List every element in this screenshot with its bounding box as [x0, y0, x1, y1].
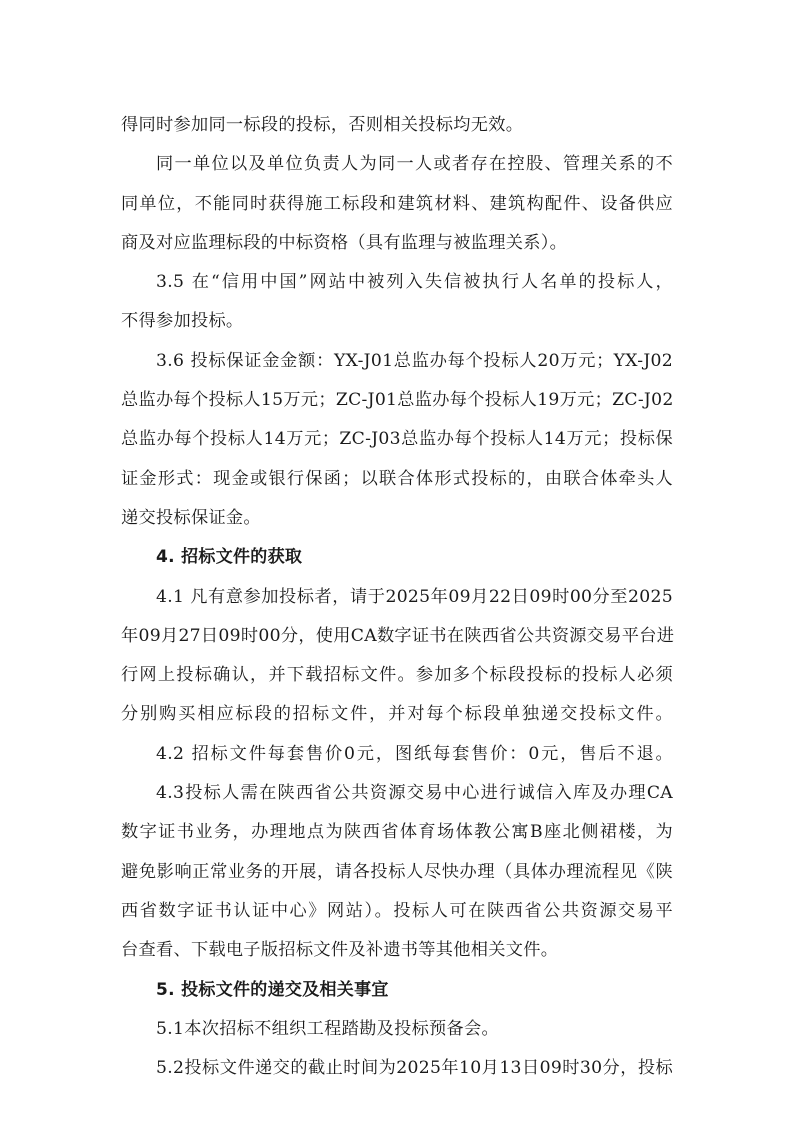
- paragraph-line: 同单位，不能同时获得施工标段和建筑材料、建筑构配件、设备供应: [121, 185, 673, 224]
- paragraph-line: 同一单位以及单位负责人为同一人或者存在控股、管理关系的不: [121, 145, 673, 184]
- paragraph-line: 3.6 投标保证金金额：YX-J01总监办每个投标人20万元；YX-J02: [121, 342, 673, 381]
- paragraph-line: 西省数字证书认证中心》网站）。投标人可在陕西省公共资源交易平: [121, 892, 673, 931]
- section-heading: 5. 投标文件的递交及相关事宜: [121, 971, 673, 1010]
- paragraph-line: 台查看、下载电子版招标文件及补遗书等其他相关文件。: [121, 931, 673, 970]
- paragraph-line: 总监办每个投标人14万元；ZC-J03总监办每个投标人14万元；投标保: [121, 420, 673, 459]
- paragraph-line: 3.5 在“信用中国”网站中被列入失信被执行人名单的投标人，: [121, 263, 673, 302]
- paragraph-line: 数字证书业务，办理地点为陕西省体育场体教公寓B座北侧裙楼，为: [121, 813, 673, 852]
- paragraph-line: 不得参加投标。: [121, 302, 673, 341]
- paragraph-line: 行网上投标确认，并下载招标文件。参加多个标段投标的投标人必须: [121, 656, 673, 695]
- section-heading: 4. 招标文件的获取: [121, 538, 673, 577]
- paragraph-line: 商及对应监理标段的中标资格（具有监理与被监理关系）。: [121, 224, 673, 263]
- paragraph-line: 递交投标保证金。: [121, 499, 673, 538]
- paragraph-line: 证金形式：现金或银行保函；以联合体形式投标的，由联合体牵头人: [121, 460, 673, 499]
- paragraph-line: 4.1 凡有意参加投标者，请于2025年09月22日09时00分至2025: [121, 578, 673, 617]
- paragraph-line: 5.2投标文件递交的截止时间为2025年10月13日09时30分，投标: [121, 1049, 673, 1088]
- paragraph-line: 年09月27日09时00分，使用CA数字证书在陕西省公共资源交易平台进: [121, 617, 673, 656]
- paragraph-line: 5.1本次招标不组织工程踏勘及投标预备会。: [121, 1010, 673, 1049]
- paragraph-line: 4.3投标人需在陕西省公共资源交易中心进行诚信入库及办理CA: [121, 774, 673, 813]
- paragraph-line: 4.2 招标文件每套售价0元，图纸每套售价：0元，售后不退。: [121, 735, 673, 774]
- paragraph-line: 分别购买相应标段的招标文件，并对每个标段单独递交投标文件。: [121, 695, 673, 734]
- paragraph-line: 避免影响正常业务的开展，请各投标人尽快办理（具体办理流程见《陕: [121, 853, 673, 892]
- paragraph-line: 得同时参加同一标段的投标，否则相关投标均无效。: [121, 106, 673, 145]
- document-page: 得同时参加同一标段的投标，否则相关投标均无效。同一单位以及单位负责人为同一人或者…: [121, 106, 673, 1088]
- paragraph-line: 总监办每个投标人15万元；ZC-J01总监办每个投标人19万元；ZC-J02: [121, 381, 673, 420]
